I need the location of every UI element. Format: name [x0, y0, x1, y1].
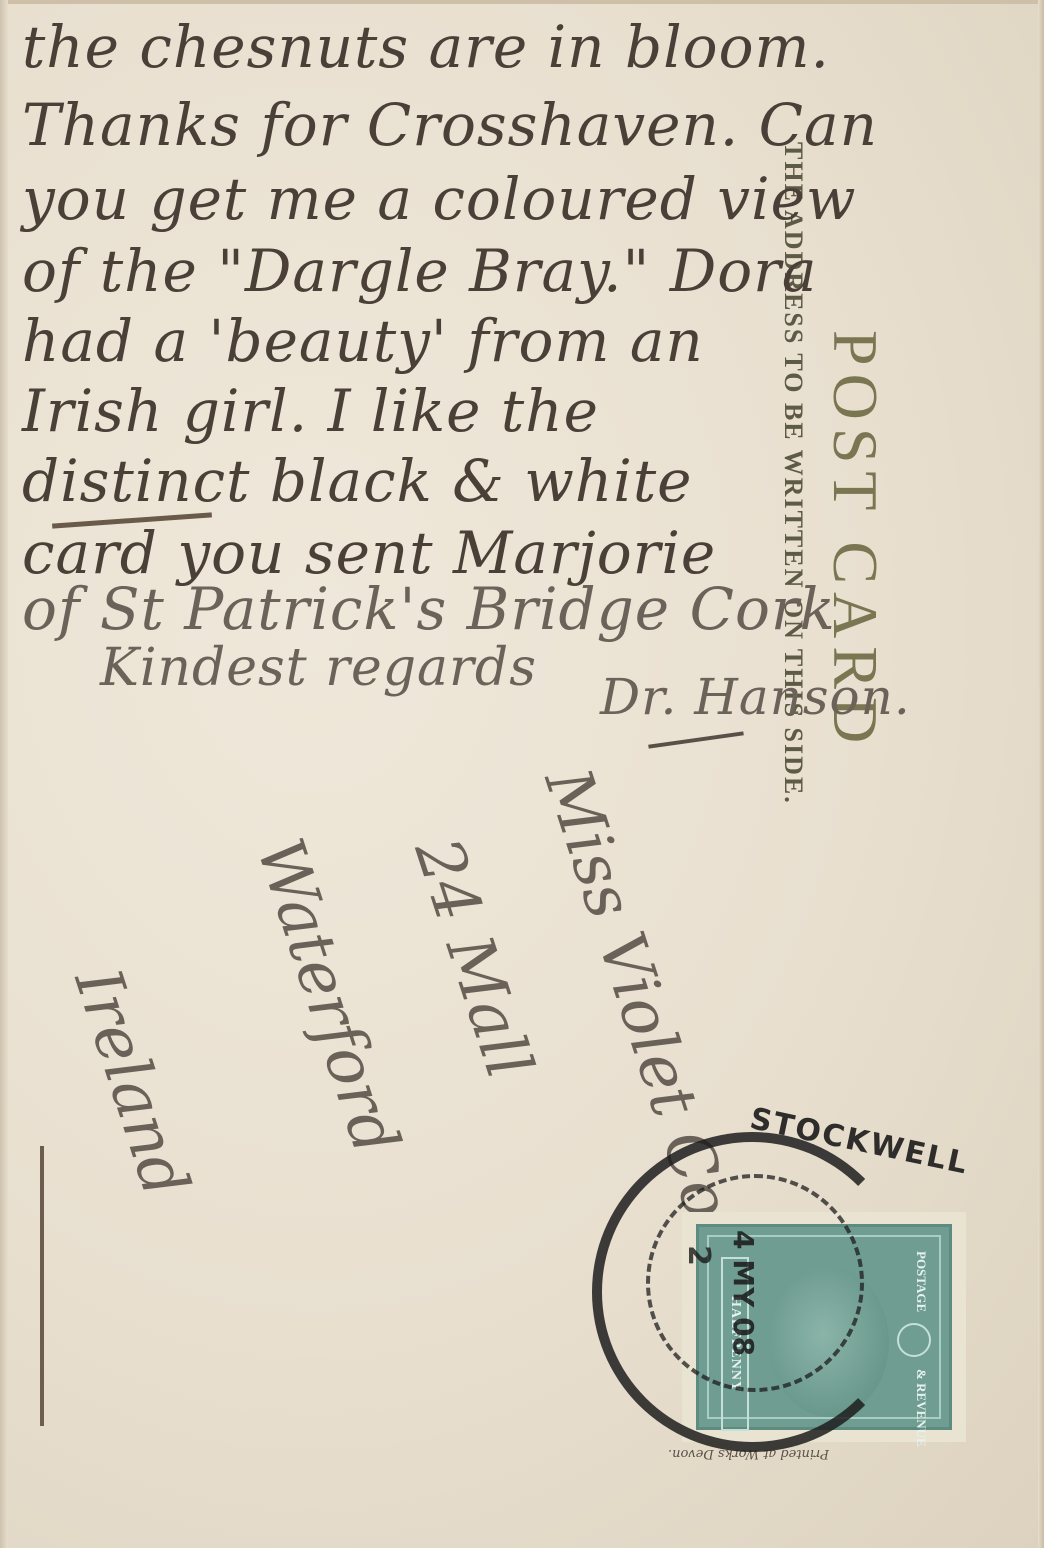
address-underline — [40, 1146, 44, 1426]
postmark-number: 2 — [681, 1245, 716, 1266]
card-edge-left — [0, 0, 8, 1548]
postmark-date: 4 MY 08 — [727, 1230, 760, 1356]
address-line-4: Ireland — [60, 960, 203, 1206]
card-edge-top — [0, 0, 1044, 4]
message-line-9: of St Patrick's Bridge Cork — [22, 580, 836, 638]
address-line-3: Waterford — [242, 830, 413, 1163]
message-line-8: card you sent Marjorie — [22, 524, 716, 582]
signature: Dr. Hanson. — [600, 672, 911, 722]
postcard-back: POST CARD THE ADDRESS TO BE WRITTEN ON T… — [0, 0, 1044, 1548]
stamp-revenue-label: & REVENUE — [913, 1369, 929, 1447]
address-line-2: 24 Mall — [400, 830, 547, 1087]
stamp-postage-label: POSTAGE — [913, 1251, 929, 1312]
message-line-7: distinct black & white — [22, 452, 692, 510]
message-line-5: had a 'beauty' from an — [22, 312, 704, 370]
message-line-2: Thanks for Crosshaven. Can — [22, 96, 878, 154]
message-line-1: the chesnuts are in bloom. — [22, 18, 830, 76]
message-line-6: Irish girl. I like the — [22, 382, 599, 440]
message-line-4: of the "Dargle Bray." Dora — [22, 242, 817, 300]
card-edge-right — [1038, 0, 1044, 1548]
message-line-3: you get me a coloured view — [22, 170, 857, 228]
message-line-10: Kindest regards — [100, 642, 537, 694]
signature-underline — [648, 731, 744, 748]
